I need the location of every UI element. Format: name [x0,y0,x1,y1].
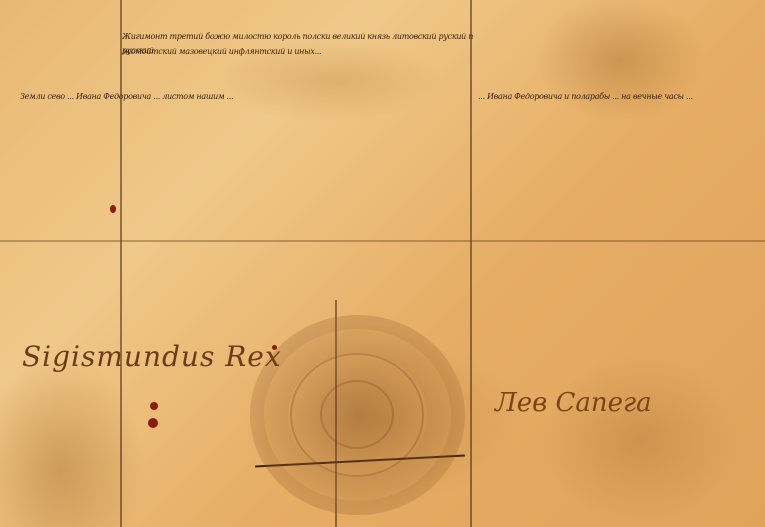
ink-blot [148,418,158,428]
ink-blot [150,402,158,410]
body-text-right: ... Ивана Федоровича и поларабы ... на в… [478,90,753,330]
seal-ring [320,380,394,449]
ink-blot [272,345,277,350]
header-text: Жигимонт третий божю милостю король полс… [122,30,477,62]
body-text-left: Земли сево ... Ивана Федоровича ... лист… [20,90,460,335]
ink-blot [110,205,116,213]
wax-seal [250,315,465,515]
signature-cyrillic: Лев Сапега [495,388,652,418]
signature-latin: Sigismundus Rex [22,340,282,373]
fold-line [470,0,472,527]
manuscript-document: Жигимонт третий божю милостю король полс… [0,0,765,527]
